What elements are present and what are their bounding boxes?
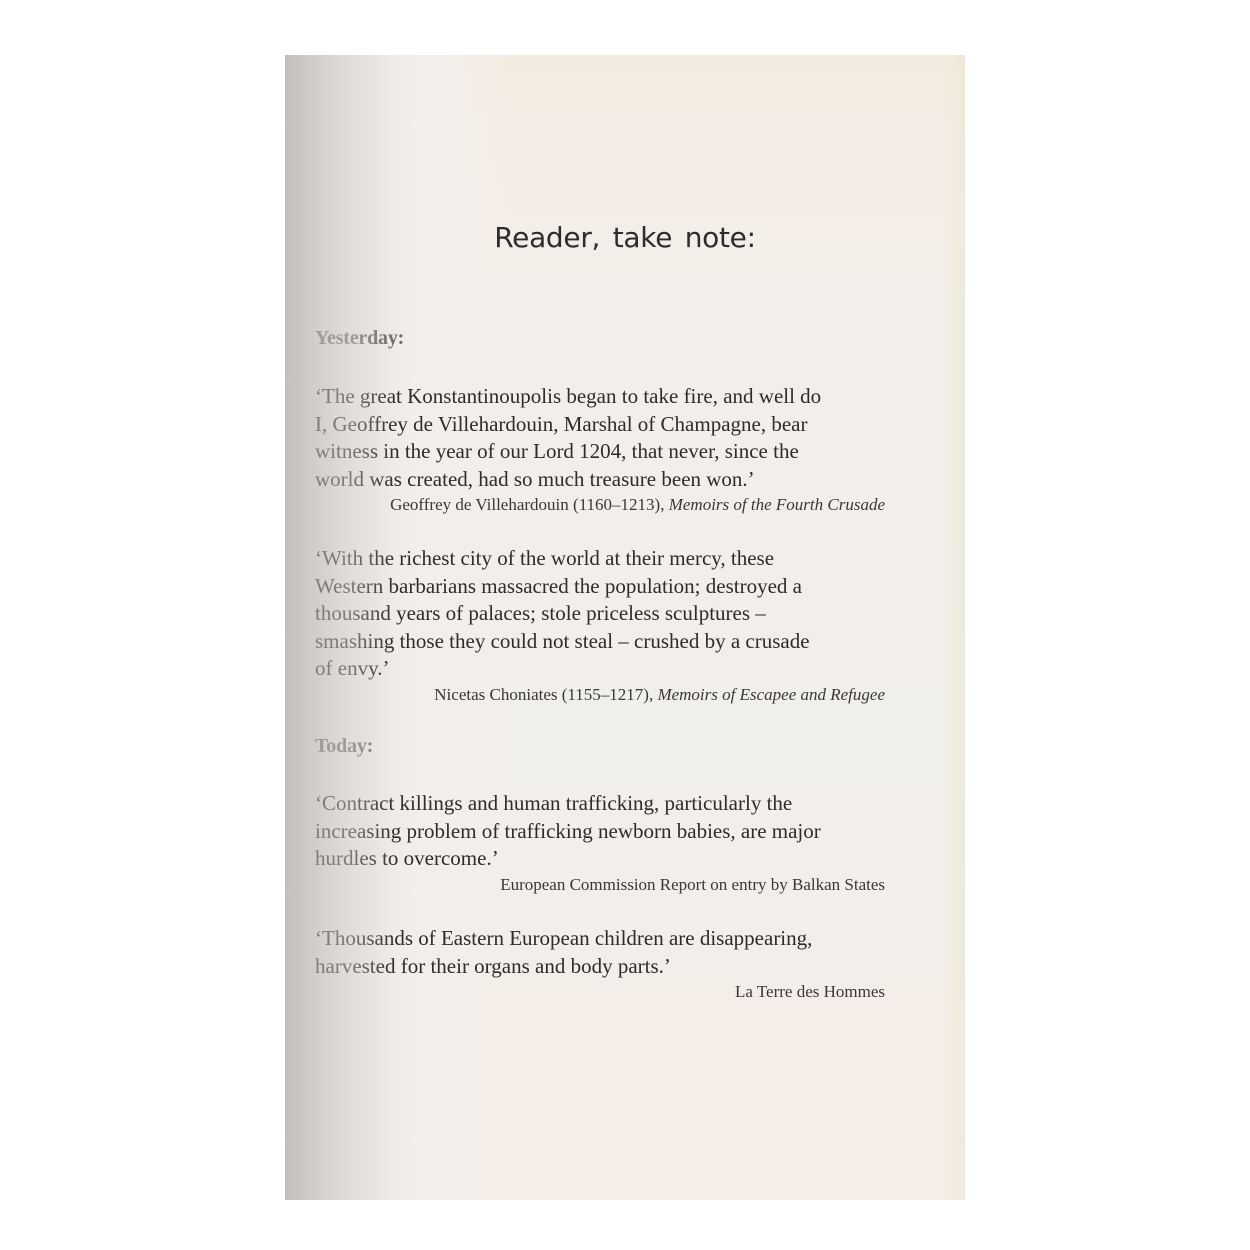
section-label-yesterday: Yesterday: <box>315 327 404 350</box>
attribution-work: Memoirs of the Fourth Crusade <box>669 495 885 514</box>
quote-line: witness in the year of our Lord 1204, th… <box>315 438 895 466</box>
quote-line: increasing problem of trafficking newbor… <box>315 818 895 846</box>
attribution-author: Nicetas Choniates (1155–1217), <box>434 685 657 704</box>
attribution-choniates: Nicetas Choniates (1155–1217), Memoirs o… <box>434 685 885 705</box>
quote-line: of envy.’ <box>315 655 895 683</box>
quote-line: ‘Contract killings and human trafficking… <box>315 790 895 818</box>
quote-line: I, Geoffrey de Villehardouin, Marshal of… <box>315 411 895 439</box>
quote-line: ‘With the richest city of the world at t… <box>315 545 895 573</box>
attribution-author: European Commission Report on entry by B… <box>500 875 885 894</box>
attribution-terre-des-hommes: La Terre des Hommes <box>735 982 885 1002</box>
page-heading: Reader, take note: <box>285 221 965 254</box>
book-page: Reader, take note: Yesterday: ‘The great… <box>285 55 965 1200</box>
quote-line: Western barbarians massacred the populat… <box>315 573 895 601</box>
attribution-european-commission: European Commission Report on entry by B… <box>500 875 885 895</box>
quote-line: thousand years of palaces; stole pricele… <box>315 600 895 628</box>
quote-line: harvested for their organs and body part… <box>315 953 895 981</box>
quote-line: ‘Thousands of Eastern European children … <box>315 925 895 953</box>
section-label-today: Today: <box>315 735 373 758</box>
quote-line: smashing those they could not steal – cr… <box>315 628 895 656</box>
quote-line: world was created, had so much treasure … <box>315 466 895 494</box>
quote-terre-des-hommes: ‘Thousands of Eastern European children … <box>315 925 895 980</box>
attribution-author: La Terre des Hommes <box>735 982 885 1001</box>
attribution-work: Memoirs of Escapee and Refugee <box>657 685 885 704</box>
quote-line: ‘The great Konstantinoupolis began to ta… <box>315 383 895 411</box>
quote-villehardouin: ‘The great Konstantinoupolis began to ta… <box>315 383 895 493</box>
quote-choniates: ‘With the richest city of the world at t… <box>315 545 895 683</box>
attribution-villehardouin: Geoffrey de Villehardouin (1160–1213), M… <box>390 495 885 515</box>
quote-european-commission: ‘Contract killings and human trafficking… <box>315 790 895 873</box>
attribution-author: Geoffrey de Villehardouin (1160–1213), <box>390 495 669 514</box>
quote-line: hurdles to overcome.’ <box>315 845 895 873</box>
